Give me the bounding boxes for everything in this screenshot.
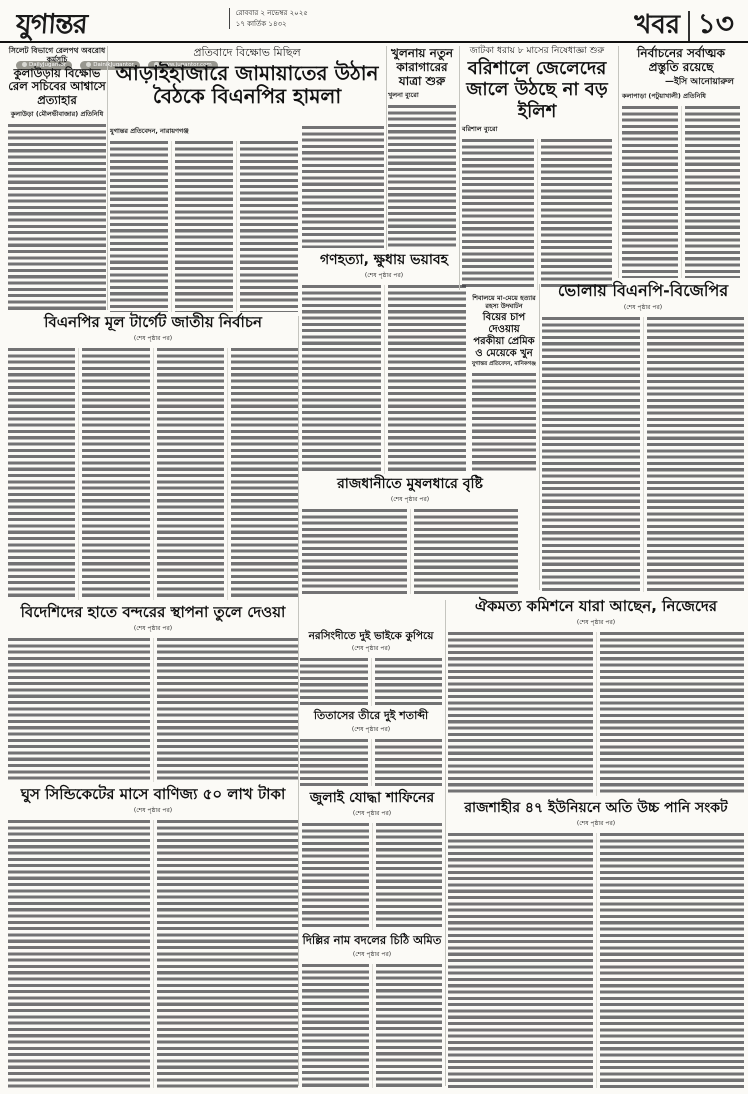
article-body [462, 139, 612, 290]
article-headline: রাজশাহীর ৪৭ ইউনিয়নে অতি উচ্চ পানি সংকট [448, 800, 744, 817]
date-line-gregorian: রোববার ২ নভেম্বর ২০২৫ [236, 8, 308, 19]
article-nirbachon[interactable]: নির্বাচনের সর্বাত্মক প্রস্তুতি রয়েছে —ই… [622, 46, 740, 278]
article-headline: কুলাউড়ায় বিক্ষোভ রেল সচিবের আশ্বাসে প্… [8, 67, 106, 108]
article-rajshahi[interactable]: রাজশাহীর ৪৭ ইউনিয়নে অতি উচ্চ পানি সংকট … [448, 800, 744, 1088]
article-headline: ঘুস সিন্ডিকেটের মাসে বাণিজ্য ৫০ লাখ টাকা [8, 786, 298, 804]
article-headline: বিদেশিদের হাতে বন্দরের স্থাপনা তুলে দেওয… [8, 604, 298, 622]
continued-marker: (শেষ পৃষ্ঠার পর) [8, 333, 298, 344]
article-kicker: সিলেট বিভাগে রেলপথ অবরোধ কর্মসূচি [8, 46, 106, 65]
article-headline: আড়াইহাজারে জামায়াতের উঠান বৈঠকে বিএনপি… [110, 62, 384, 109]
column-rule [445, 600, 446, 1086]
article-norsingdi[interactable]: নরসিংদীতে দুই ভাইকে কুপিয়ে (শেষ পৃষ্ঠার… [300, 630, 442, 706]
article-headline: ভোলায় বিএনপি-বিজেপির [542, 282, 744, 301]
article-oikomotto[interactable]: ঐকমত্য কমিশনে যারা আছেন, নিজেদের (শেষ পৃ… [448, 598, 744, 796]
column-rule [618, 46, 619, 278]
article-shibaloy[interactable]: শিবালয়ে মা-মেয়ে হত্যার রহস্য উদঘাটন বি… [472, 294, 536, 474]
article-headline: জুলাই যোদ্ধা শাফিনের [302, 790, 442, 807]
article-body [300, 658, 442, 706]
article-headline: ঐকমত্য কমিশনে যারা আছেন, নিজেদের [448, 598, 744, 616]
article-body [448, 632, 744, 796]
article-main[interactable]: প্রতিবাদে বিক্ষোভ মিছিল আড়াইহাজারে জামা… [110, 46, 384, 120]
article-headline: নির্বাচনের সর্বাত্মক প্রস্তুতি রয়েছে [622, 46, 740, 74]
article-ghus[interactable]: ঘুস সিন্ডিকেটের মাসে বাণিজ্য ৫০ লাখ টাকা… [8, 786, 298, 1088]
section-divider [688, 11, 690, 41]
article-headline: নরসিংদীতে দুই ভাইকে কুপিয়ে [300, 630, 442, 642]
article-body [302, 285, 466, 474]
continued-marker: (শেষ পৃষ্ঠার পর) [8, 623, 298, 634]
article-byline: খুলনা ব্যুরো [388, 90, 456, 101]
newspaper-page: যুগান্তর DailyJugantor DainikJugantor ww… [0, 0, 748, 1094]
continued-marker: (শেষ পৃষ্ঠার পর) [300, 724, 442, 735]
column-rule [386, 46, 387, 250]
article-kicker: প্রতিবাদে বিক্ষোভ মিছিল [110, 46, 384, 60]
continued-marker: (শেষ পৃষ্ঠার পর) [302, 808, 442, 819]
article-body [8, 820, 298, 1088]
article-headline: বিএনপির মূল টার্গেট জাতীয় নির্বাচন [8, 314, 298, 332]
continued-marker: (শেষ পৃষ্ঠার পর) [302, 270, 466, 281]
article-byline: কুলাউড়া (মৌলভীবাজার) প্রতিনিধি [8, 109, 106, 120]
article-headline: বরিশালে জেলেদের জালে উঠছে না বড় ইলিশ [462, 58, 612, 122]
article-body [542, 317, 744, 592]
date-line-bangla: ১৭ কার্তিক ১৪৩২ [236, 19, 308, 30]
article-kicker: জাটকা ধরায় ৮ মাসের নিষেধাজ্ঞা শুরু [462, 46, 612, 57]
article-main-body: যুগান্তর প্রতিবেদন, নারায়ণগঞ্জ [110, 124, 298, 312]
article-body [302, 823, 442, 930]
column-rule [107, 46, 108, 310]
article-gonohotta[interactable]: গণহত্যা, ক্ষুধায় ভয়াবহ (শেষ পৃষ্ঠার পর… [302, 252, 466, 474]
date-block: রোববার ২ নভেম্বর ২০২৫ ১৭ কার্তিক ১৪৩২ [229, 8, 308, 29]
article-rajdhani[interactable]: রাজধানীতে মুষলধারে বৃষ্টি (শেষ পৃষ্ঠার প… [302, 476, 518, 594]
article-july[interactable]: জুলাই যোদ্ধা শাফিনের (শেষ পৃষ্ঠার পর) [302, 790, 442, 930]
article-headline: রাজধানীতে মুষলধারে বৃষ্টি [302, 476, 518, 493]
continued-marker: (শেষ পৃষ্ঠার পর) [302, 494, 518, 505]
column-rule [459, 46, 460, 290]
article-byline: যুগান্তর প্রতিবেদন, মানিকগঞ্জ [472, 361, 536, 369]
continued-marker: (শেষ পৃষ্ঠার পর) [542, 302, 744, 313]
continued-marker: (শেষ পৃষ্ঠার পর) [302, 949, 442, 960]
continued-marker: (শেষ পৃষ্ঠার পর) [300, 643, 442, 654]
article-bnp-target[interactable]: বিএনপির মূল টার্গেট জাতীয় নির্বাচন (শেষ… [8, 314, 298, 600]
article-body [8, 124, 106, 310]
article-body [302, 964, 442, 1088]
column-rule [298, 316, 299, 1086]
article-kulaura[interactable]: সিলেট বিভাগে রেলপথ অবরোধ কর্মসূচি কুলাউড… [8, 46, 106, 310]
article-khulna[interactable]: খুলনায় নতুন কারাগারের যাত্রা শুরু খুলনা… [388, 46, 456, 250]
article-headline: খুলনায় নতুন কারাগারের যাত্রা শুরু [388, 46, 456, 88]
article-byline: কলাপাড়া (পটুয়াখালী) প্রতিনিধি [622, 91, 740, 102]
article-body [622, 106, 740, 278]
article-titas[interactable]: তিতাসের তীরে দুই শতাব্দী (শেষ পৃষ্ঠার পর… [300, 710, 442, 786]
article-byline: বরিশাল ব্যুরো [462, 124, 612, 135]
article-body [302, 509, 518, 594]
article-body [300, 739, 442, 786]
article-body [8, 348, 298, 600]
article-headline: তিতাসের তীরে দুই শতাব্দী [300, 710, 442, 723]
article-kicker: শিবালয়ে মা-মেয়ে হত্যার রহস্য উদঘাটন [472, 294, 536, 310]
article-body [302, 126, 384, 248]
column-rule [539, 284, 540, 590]
article-bholay[interactable]: ভোলায় বিএনপি-বিজেপির (শেষ পৃষ্ঠার পর) [542, 282, 744, 592]
article-body [8, 638, 298, 782]
article-headline: গণহত্যা, ক্ষুধায় ভয়াবহ [302, 252, 466, 269]
article-main-body-col5 [302, 124, 384, 248]
article-attribution: —ইসি আনোয়ারুল [622, 74, 740, 89]
article-bideshi[interactable]: বিদেশিদের হাতে বন্দরের স্থাপনা তুলে দেওয… [8, 604, 298, 782]
article-headline: বিয়ের চাপ দেওয়ায় পরকীয়া প্রেমিক ও মে… [472, 312, 536, 359]
article-body [110, 141, 298, 312]
article-body [388, 105, 456, 250]
continued-marker: (শেষ পৃষ্ঠার পর) [8, 805, 298, 816]
article-dilli[interactable]: দিল্লির নাম বদলের চিঠি অমিত (শেষ পৃষ্ঠার… [302, 934, 442, 1088]
article-body [472, 373, 536, 474]
article-barishal[interactable]: জাটকা ধরায় ৮ মাসের নিষেধাজ্ঞা শুরু বরিশ… [462, 46, 612, 290]
continued-marker: (শেষ পৃষ্ঠার পর) [448, 617, 744, 628]
article-body [448, 833, 744, 1088]
header-rule [0, 41, 748, 43]
continued-marker: (শেষ পৃষ্ঠার পর) [448, 818, 744, 829]
article-byline: যুগান্তর প্রতিবেদন, নারায়ণগঞ্জ [110, 126, 298, 137]
article-headline: দিল্লির নাম বদলের চিঠি অমিত [302, 934, 442, 948]
